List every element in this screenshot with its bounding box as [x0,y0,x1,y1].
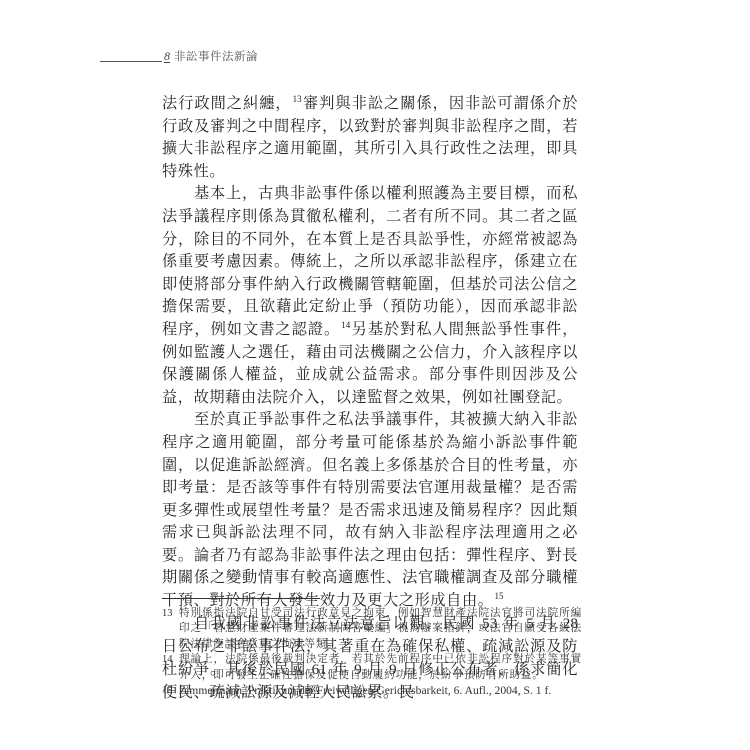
footnote-number: 13 [162,606,173,621]
footnote-text: Zimmermann, Praktikum der Freiwilligen G… [179,684,551,697]
footnote-ref-15[interactable]: 15 [495,591,504,601]
paragraph-3: 至於真正爭訟事件之私法爭議事件，其被擴大納入非訟程序之適用範圍，部分考量可能係基… [162,408,578,611]
footnote-text: 理論上，法院係最後裁判決定者，若其於先前程序中已依非訟程序對於某等事實介入，即可… [179,653,582,680]
footnote-15: 15 Zimmermann, Praktikum der Freiwillige… [162,683,582,698]
footnote-ref-13[interactable]: 13 [293,94,302,104]
running-header: 8 非訟事件法新論 [100,44,258,64]
paragraph-1: 法行政間之糾纏，13審判與非訟之關係，因非訟可謂係介於行政及審判之中間程序，以致… [162,92,578,182]
paragraph-2: 基本上，古典非訟事件係以權利照護為主要目標，而私法爭議程序則係為貫徹私權利，二者… [162,182,578,408]
footnote-number: 14 [162,652,173,667]
book-title: 非訟事件法新論 [174,48,258,64]
paragraph-text: 基本上，古典非訟事件係以權利照護為主要目標，而私法爭議程序則係為貫徹私權利，二者… [162,184,578,338]
footnote-14: 14 理論上，法院係最後裁判決定者，若其於先前程序中已依非訟程序對於某等事實介入… [162,652,582,683]
footnote-number: 15 [162,683,173,698]
footnote-ref-14[interactable]: 14 [341,320,350,330]
page-number: 8 [164,49,170,64]
book-page: 8 非訟事件法新論 法行政間之糾纏，13審判與非訟之關係，因非訟可謂係介於行政及… [0,0,750,750]
footnote-text: 特別係指法院自甘受司法行政意見之拘束，例如智慧財產法院法官將司法院所編印之「智慧… [179,607,582,650]
paragraph-text: 至於真正爭訟事件之私法爭議事件，其被擴大納入非訟程序之適用範圍，部分考量可能係基… [162,410,578,609]
paragraph-text: 法行政間之糾纏， [162,94,292,112]
footnote-divider [162,598,320,599]
footnotes: 13 特別係指法院自甘受司法行政意見之拘束，例如智慧財產法院法官將司法院所編印之… [162,606,582,698]
footnote-13: 13 特別係指法院自甘受司法行政意見之拘束，例如智慧財產法院法官將司法院所編印之… [162,606,582,652]
header-rule [100,61,162,62]
